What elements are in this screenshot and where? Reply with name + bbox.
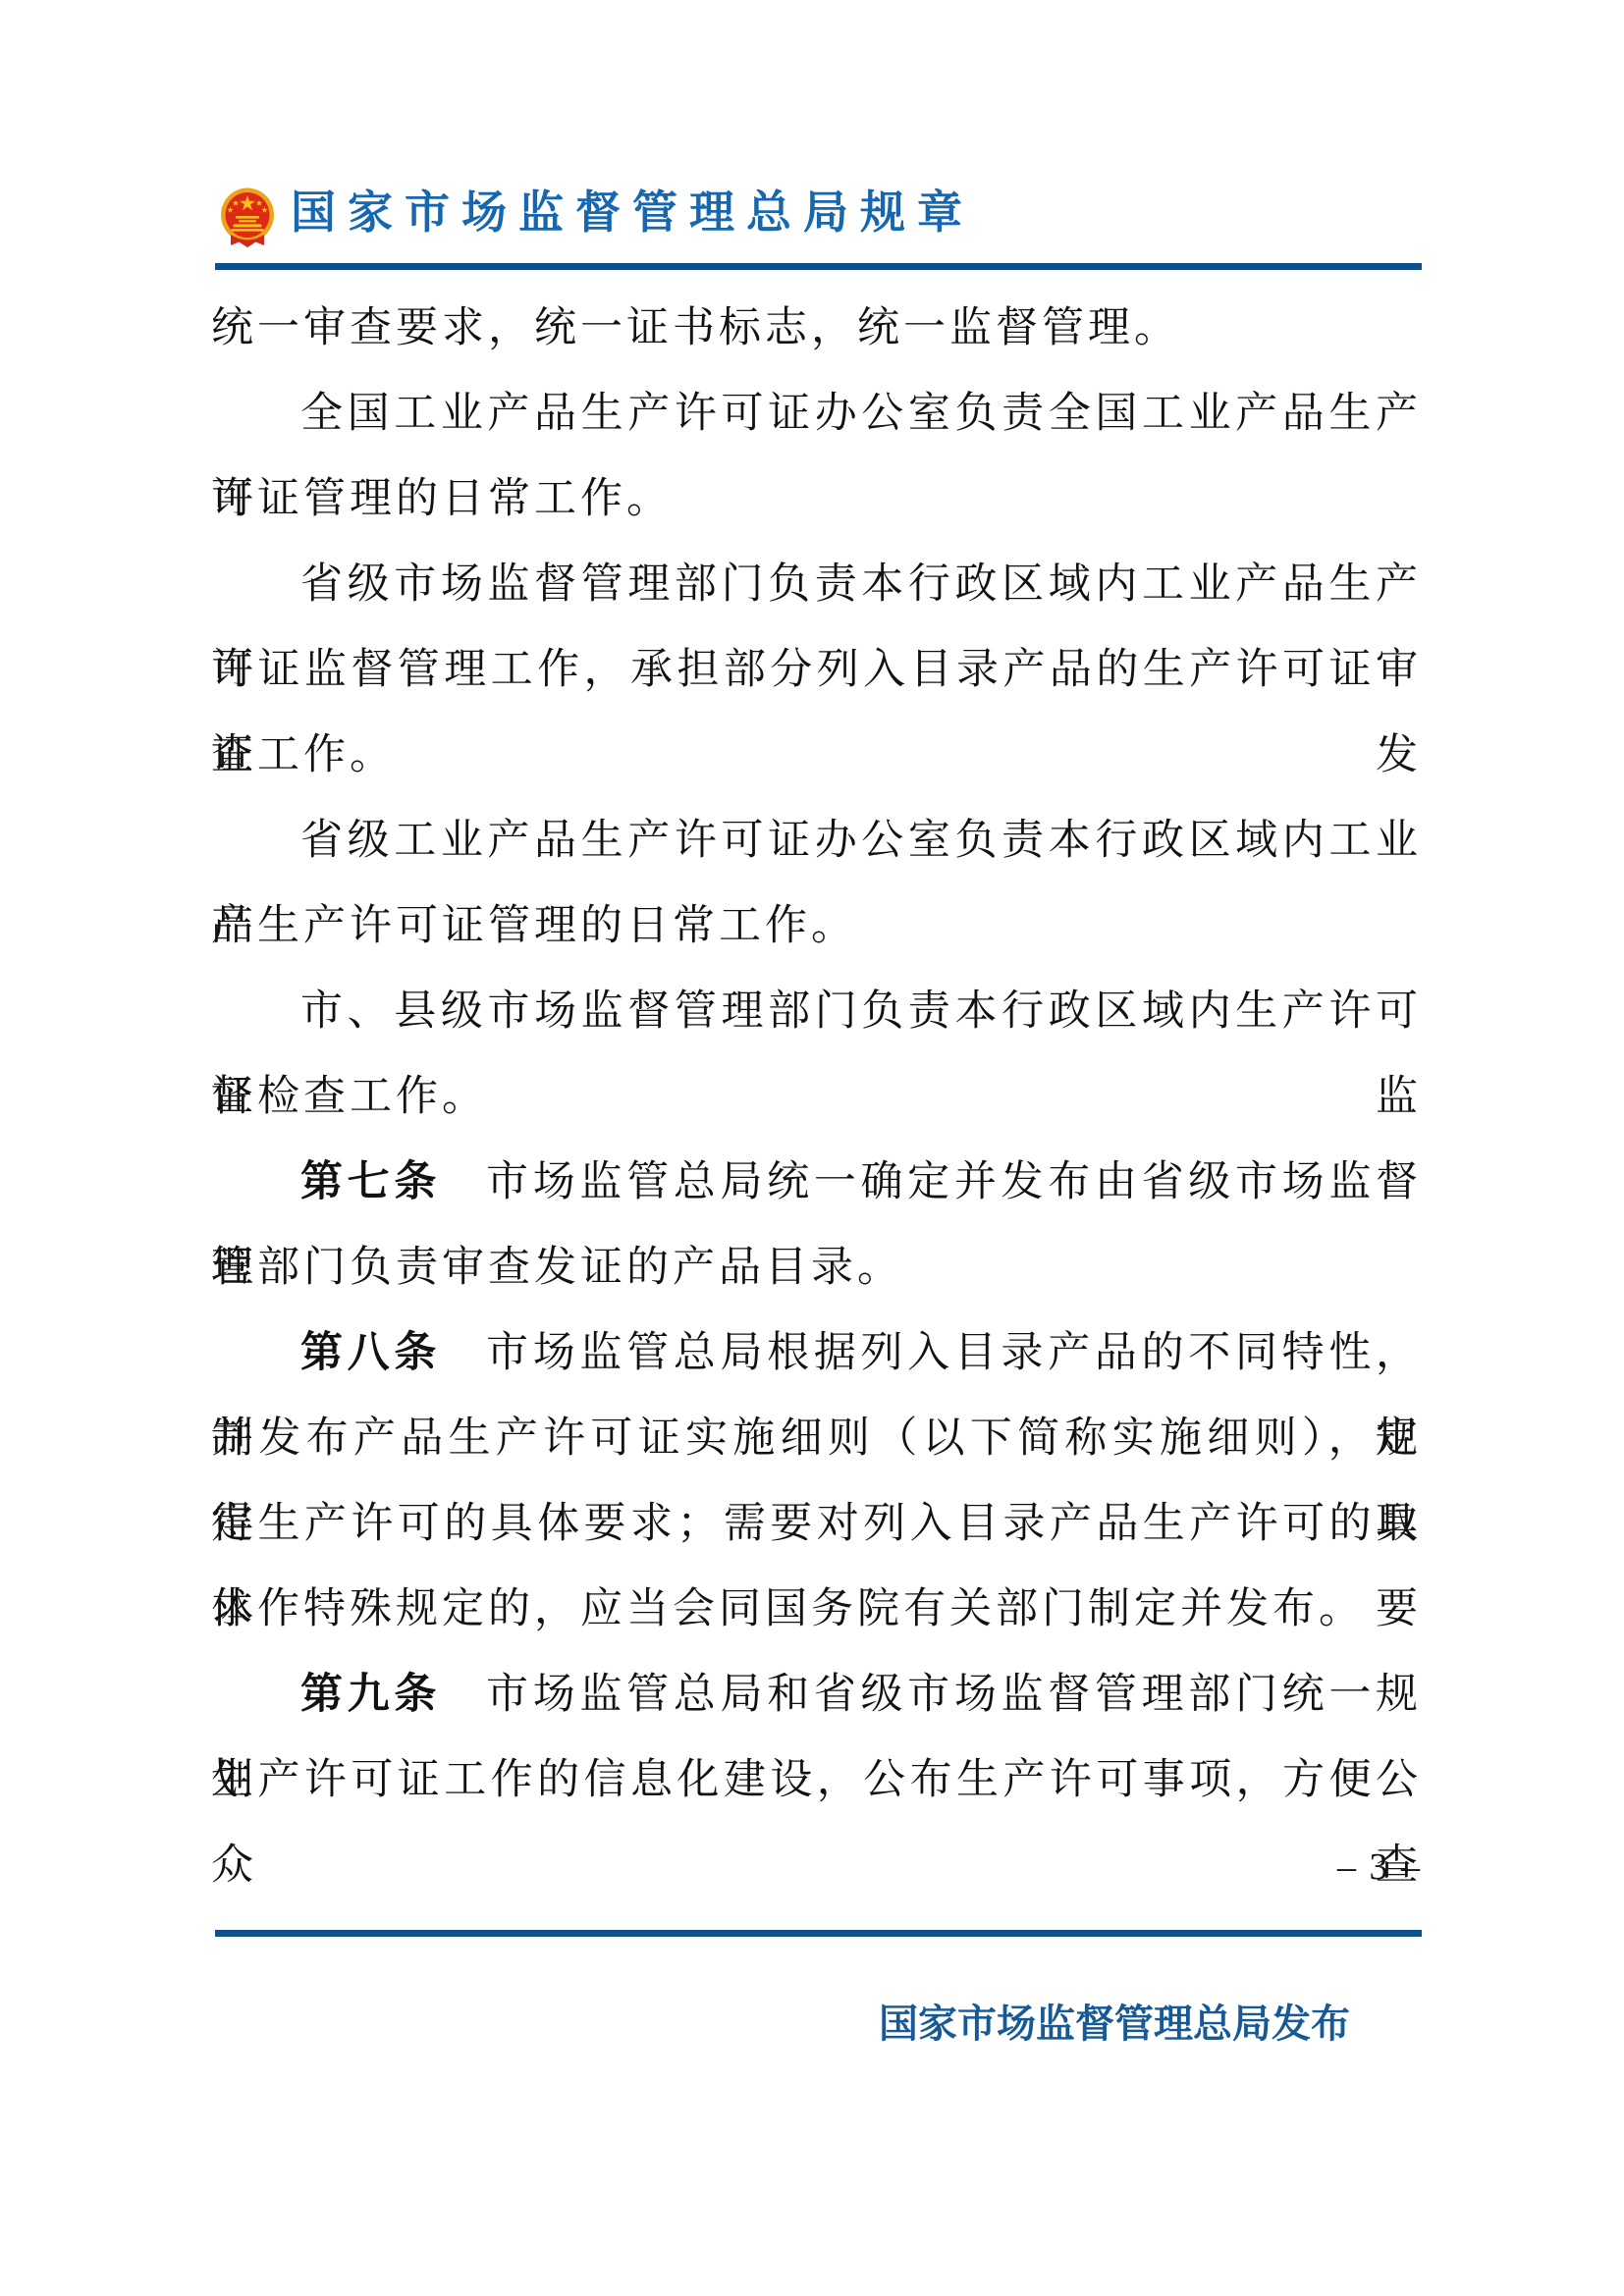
body-line: 理部门负责审查发证的产品目录。 xyxy=(211,1225,1422,1310)
publisher-line: 国家市场监督管理总局发布 xyxy=(589,1993,1350,2049)
body-line: 可证管理的日常工作。 xyxy=(211,456,1422,542)
body-line: 统一审查要求，统一证书标志，统一监督管理。 xyxy=(211,286,1422,371)
document-body: 统一审查要求，统一证书标志，统一监督管理。 全国工业产品生产许可证办公室负责全国… xyxy=(211,286,1422,1823)
article-number: 第九条 xyxy=(300,1671,441,1718)
header-divider xyxy=(215,263,1422,270)
body-line: 第九条市场监管总局和省级市场监督管理部门统一规划 xyxy=(211,1652,1422,1737)
body-line: 省级工业产品生产许可证办公室负责本行政区域内工业产 xyxy=(211,798,1422,883)
body-line: 全国工业产品生产许可证办公室负责全国工业产品生产许 xyxy=(211,371,1422,456)
body-line: 可证监督管理工作，承担部分列入目录产品的生产许可证审查发 xyxy=(211,627,1422,713)
body-line: 得生产许可的具体要求；需要对列入目录产品生产许可的具体要 xyxy=(211,1481,1422,1567)
body-line: 省级市场监督管理部门负责本行政区域内工业产品生产许 xyxy=(211,542,1422,627)
document-page: 国家市场监督管理总局规章 统一审查要求，统一证书标志，统一监督管理。 全国工业产… xyxy=(0,0,1624,2296)
article-number: 第七条 xyxy=(300,1158,441,1205)
body-line: 求作特殊规定的，应当会同国务院有关部门制定并发布。 xyxy=(211,1567,1422,1652)
china-national-emblem-icon xyxy=(218,187,277,251)
article-number: 第八条 xyxy=(300,1329,441,1376)
page-title: 国家市场监督管理总局规章 xyxy=(291,188,974,238)
body-line: 并发布产品生产许可证实施细则（以下简称实施细则），规定取 xyxy=(211,1396,1422,1481)
body-line: 品生产许可证管理的日常工作。 xyxy=(211,883,1422,969)
body-line: 市、县级市场监督管理部门负责本行政区域内生产许可证监 xyxy=(211,969,1422,1054)
body-line: 第七条市场监管总局统一确定并发布由省级市场监督管 xyxy=(211,1140,1422,1225)
body-line: 生产许可证工作的信息化建设，公布生产许可事项，方便公众查 xyxy=(211,1737,1422,1823)
page-number: – 3 – xyxy=(1193,1845,1422,1889)
body-line: 第八条市场监管总局根据列入目录产品的不同特性，制定 xyxy=(211,1310,1422,1396)
footer-divider xyxy=(215,1930,1422,1937)
